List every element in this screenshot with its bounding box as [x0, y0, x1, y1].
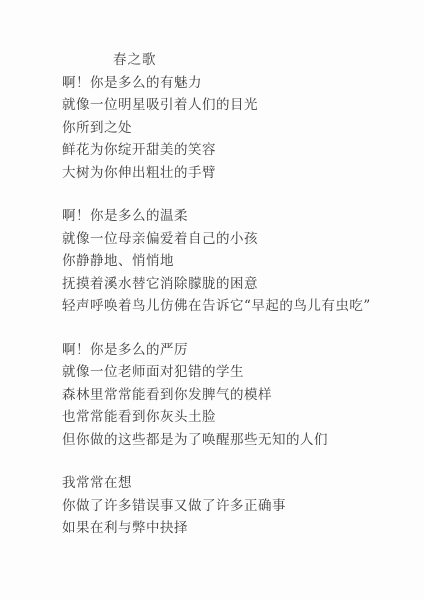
poem-line: 你所到之处	[62, 117, 394, 140]
poem-line: 你静静地、悄悄地	[62, 250, 394, 273]
poem-line: 也常常能看到你灰头土脸	[62, 406, 394, 429]
poem-line: 但你做的这些都是为了唤醒那些无知的人们	[62, 429, 394, 452]
poem-line: 我常常在想	[62, 472, 394, 495]
poem-line: 啊！你是多么的严厉	[62, 339, 394, 362]
stanza-3: 啊！你是多么的严厉 就像一位老师面对犯错的学生 森林里常常能看到你发脾气的模样 …	[62, 339, 394, 452]
poem-line: 你做了许多错误事又做了许多正确事	[62, 495, 394, 518]
poem-line: 森林里常常能看到你发脾气的模样	[62, 384, 394, 407]
poem-line: 鲜花为你绽开甜美的笑容	[62, 139, 394, 162]
poem-line: 轻声呼唤着鸟儿仿佛在告诉它“早起的鸟儿有虫吃”	[62, 295, 394, 318]
stanza-4: 我常常在想 你做了许多错误事又做了许多正确事 如果在利与弊中抉择	[62, 472, 394, 540]
poem-line: 啊！你是多么的有魅力	[62, 72, 394, 95]
poem-line: 如果在利与弊中抉择	[62, 517, 394, 540]
document-page: 春之歌 啊！你是多么的有魅力 就像一位明星吸引着人们的目光 你所到之处 鲜花为你…	[0, 0, 424, 600]
poem-line: 抚摸着溪水替它消除朦胧的困意	[62, 273, 394, 296]
stanza-1: 啊！你是多么的有魅力 就像一位明星吸引着人们的目光 你所到之处 鲜花为你绽开甜美…	[62, 72, 394, 185]
poem-line: 就像一位母亲偏爱着自己的小孩	[62, 228, 394, 251]
stanza-2: 啊！你是多么的温柔 就像一位母亲偏爱着自己的小孩 你静静地、悄悄地 抚摸着溪水替…	[62, 205, 394, 318]
poem-line: 就像一位明星吸引着人们的目光	[62, 94, 394, 117]
poem-line: 就像一位老师面对犯错的学生	[62, 361, 394, 384]
poem-line: 大树为你伸出粗壮的手臂	[62, 162, 394, 185]
poem-line: 啊！你是多么的温柔	[62, 205, 394, 228]
poem-title: 春之歌	[113, 49, 394, 72]
